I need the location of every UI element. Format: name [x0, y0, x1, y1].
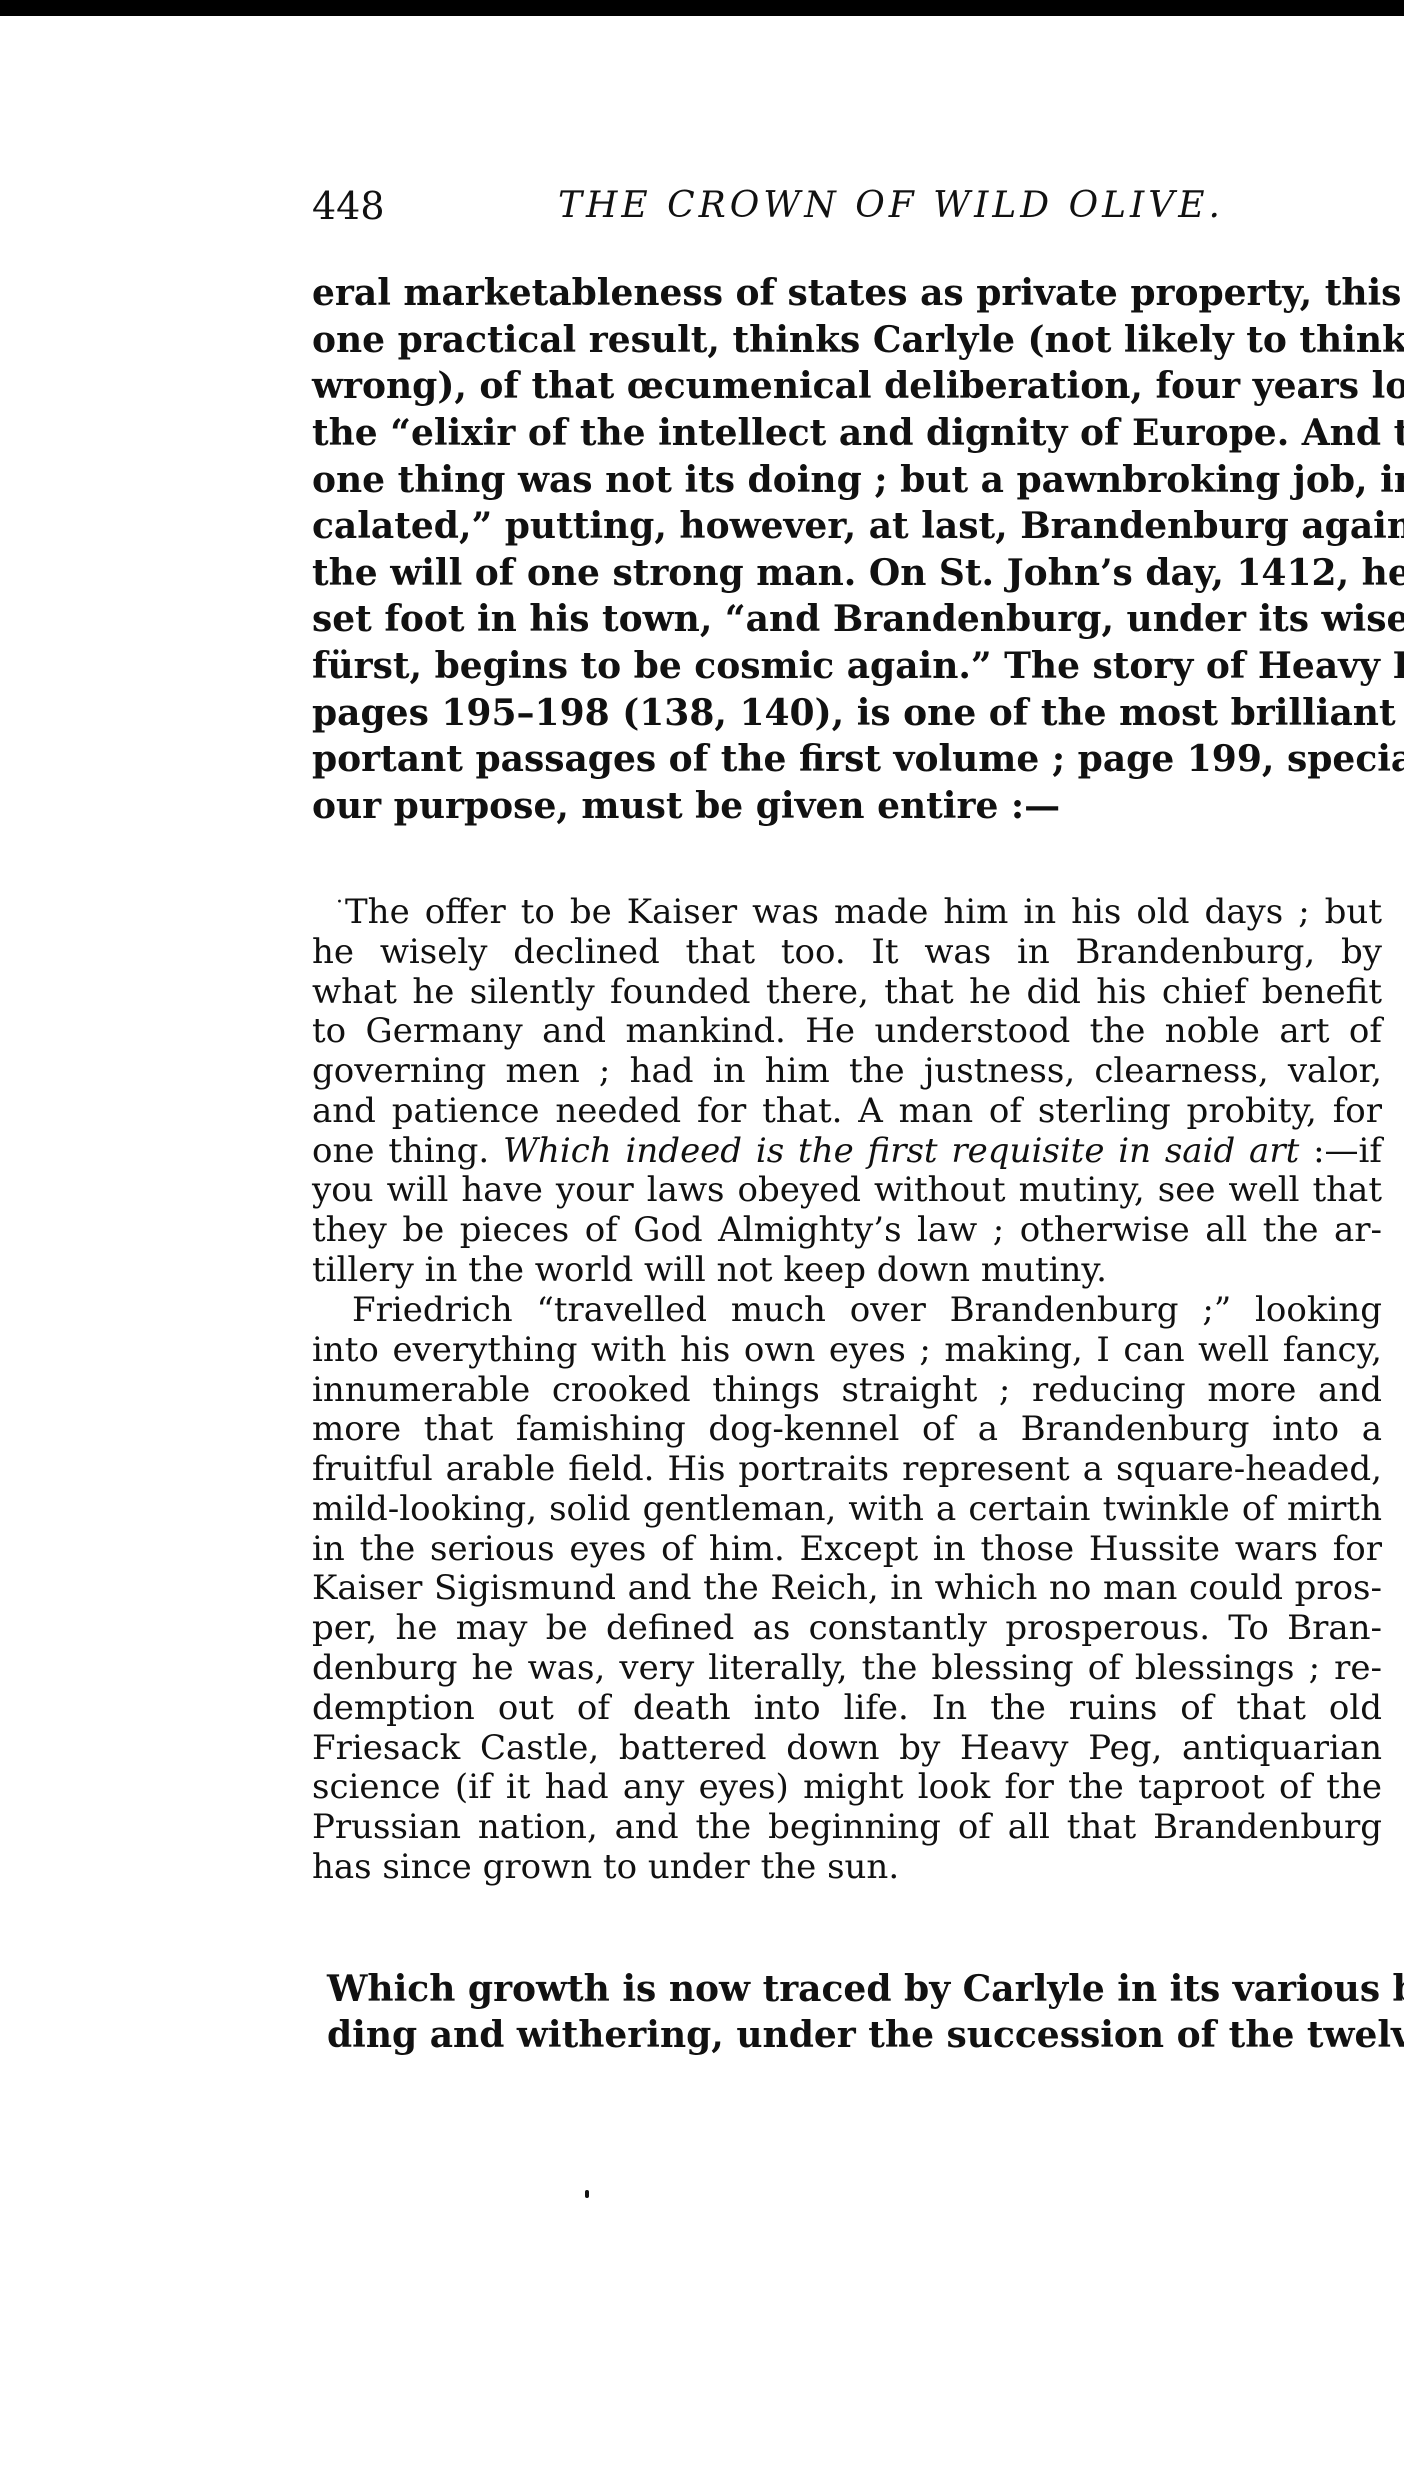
- text-line: the will of one strong man. On St. John’…: [312, 550, 1382, 596]
- text-line: the “elixir of the intellect and dignity…: [312, 410, 1382, 456]
- quote-line: demption out of death into life. In the …: [312, 1688, 1382, 1728]
- quote-line: The offer to be Kaiser was made him in h…: [345, 892, 1382, 932]
- running-header: 448 THE CROWN OF WILD OLIVE.: [312, 186, 1382, 226]
- quote-line: more that famishing dog-kennel of a Bran…: [312, 1409, 1382, 1449]
- quote-line: mild-looking, solid gentleman, with a ce…: [312, 1489, 1382, 1529]
- ink-speck: [585, 2190, 589, 2198]
- text-line: one practical result, thinks Carlyle (no…: [312, 317, 1382, 363]
- page-number: 448: [312, 186, 385, 226]
- quote-line: Prussian nation, and the beginning of al…: [312, 1807, 1382, 1847]
- quote-line: they be pieces of God Almighty’s law ; o…: [312, 1210, 1382, 1250]
- text-line: wrong), of that œcumenical deliberation,…: [312, 363, 1382, 409]
- quote-line: innumerable crooked things straight ; re…: [312, 1370, 1382, 1410]
- text-line: our purpose, must be given entire :—: [312, 783, 1382, 829]
- scan-edge-bar: [0, 0, 1404, 16]
- text-line: calated,” putting, however, at last, Bra…: [312, 503, 1382, 549]
- quote-line: Kaiser Sigismund and the Reich, in which…: [312, 1568, 1382, 1608]
- quote-line: governing men ; had in him the justness,…: [312, 1051, 1382, 1091]
- quote-line: per, he may be defined as constantly pro…: [312, 1608, 1382, 1648]
- italic-span: Which indeed is the first requisite in s…: [503, 1131, 1299, 1171]
- quote-line: and patience needed for that. A man of s…: [312, 1091, 1382, 1131]
- text-line: ding and withering, under the succession…: [327, 2012, 1382, 2058]
- text-span: :—if: [1313, 1131, 1382, 1171]
- text-line: eral marketableness of states as private…: [312, 270, 1382, 316]
- quote-line: he wisely declined that too. It was in B…: [312, 932, 1382, 972]
- quote-line: has since grown to under the sun.: [312, 1847, 1382, 1887]
- text-line: set foot in his town, “and Brandenburg, …: [312, 596, 1382, 642]
- quote-line-italic: one thing. Which indeed is the first req…: [312, 1131, 1382, 1171]
- quote-line: in the serious eyes of him. Except in th…: [312, 1529, 1382, 1569]
- quote-line: what he silently founded there, that he …: [312, 972, 1382, 1012]
- quote-line: into everything with his own eyes ; maki…: [312, 1330, 1382, 1370]
- text-line: fürst, begins to be cosmic again.” The s…: [312, 643, 1382, 689]
- quote-line: to Germany and mankind. He understood th…: [312, 1011, 1382, 1051]
- quote-line: Friedrich “travelled much over Brandenbu…: [352, 1290, 1382, 1330]
- text-line: Which growth is now traced by Carlyle in…: [327, 1966, 1382, 2012]
- running-title: THE CROWN OF WILD OLIVE.: [558, 186, 1224, 226]
- quote-line: Friesack Castle, battered down by Heavy …: [312, 1728, 1382, 1768]
- text-line: pages 195–198 (138, 140), is one of the …: [312, 690, 1382, 736]
- quote-line: fruitful arable field. His portraits rep…: [312, 1449, 1382, 1489]
- quote-line: tillery in the world will not keep down …: [312, 1250, 1382, 1290]
- quote-line: you will have your laws obeyed without m…: [312, 1170, 1382, 1210]
- quote-line: denburg he was, very literally, the bles…: [312, 1648, 1382, 1688]
- quote-line: science (if it had any eyes) might look …: [312, 1767, 1382, 1807]
- text-line: portant passages of the first volume ; p…: [312, 736, 1382, 782]
- text-span: one thing.: [312, 1131, 489, 1171]
- quote-marker: ·: [336, 890, 343, 915]
- text-line: one thing was not its doing ; but a pawn…: [312, 457, 1382, 503]
